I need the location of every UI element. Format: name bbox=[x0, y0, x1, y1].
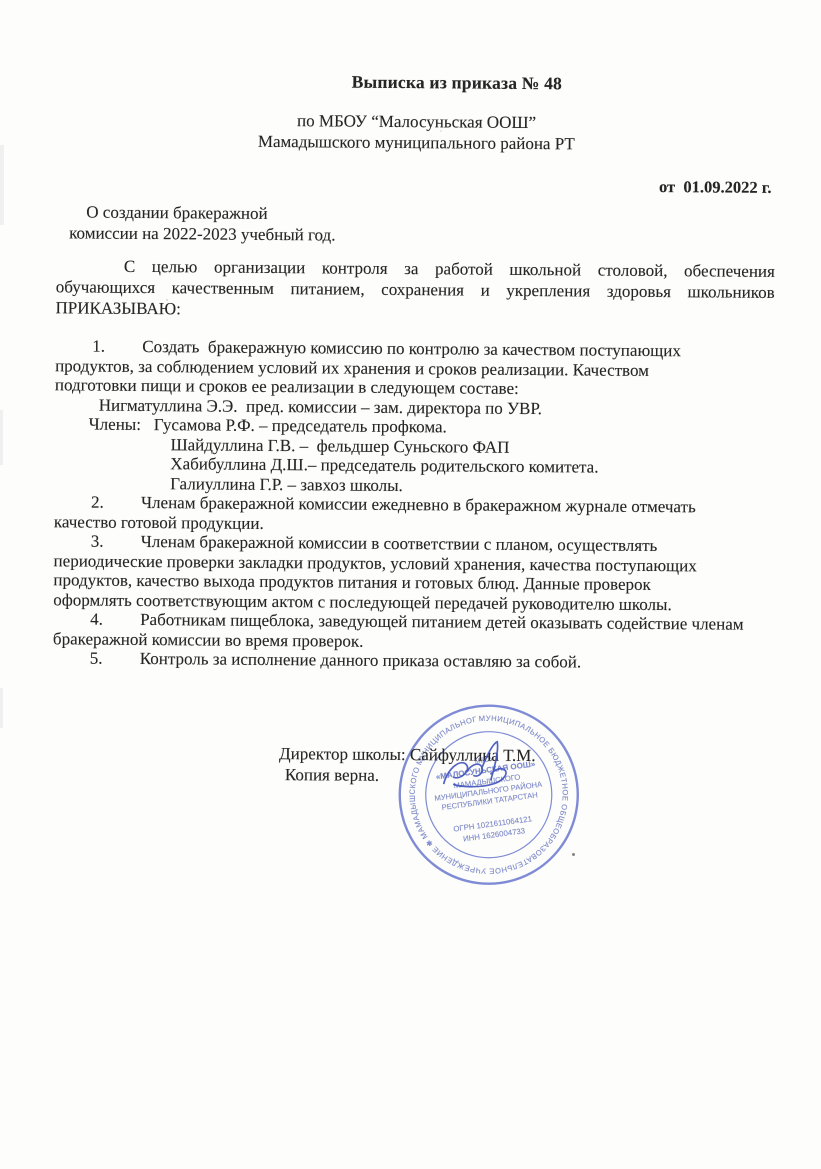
order-date: от 01.09.2022 г. bbox=[56, 172, 775, 198]
item-number: 3. bbox=[91, 532, 141, 552]
item-text: Членам бракеражной комиссии в соответств… bbox=[141, 532, 658, 555]
scan-speck bbox=[440, 130, 442, 132]
order-items: 1.Создать бракеражную комиссию по контро… bbox=[53, 336, 775, 673]
item-text: Контроль за исполнение данного приказа о… bbox=[140, 649, 581, 671]
signature-block: Директор школы: Сайфуллина Т.М. Копия ве… bbox=[52, 742, 771, 789]
scan-edge-smudge bbox=[0, 410, 3, 465]
scan-edge-smudge bbox=[0, 688, 3, 728]
scan-speck bbox=[572, 853, 575, 856]
page-title: Выписка из приказа № 48 bbox=[97, 70, 816, 97]
scan-speck bbox=[166, 299, 168, 301]
item-number: 2. bbox=[91, 493, 141, 513]
item-number: 1. bbox=[92, 337, 142, 357]
organization-block: по МБОУ “Малосуньская ООШ” Мамадышского … bbox=[57, 108, 776, 156]
order-item-2: 2.Членам бракеражной комиссии ежедневно … bbox=[54, 492, 773, 537]
order-item-1: 1.Создать бракеражную комиссию по контро… bbox=[55, 336, 774, 400]
commission-list: Нигматуллина Э.Э. пред. комиссии – зам. … bbox=[54, 395, 774, 498]
preamble: С целью организации контроля за работой … bbox=[55, 256, 774, 324]
subject-block: О создании бракеражной комиссии на 2022-… bbox=[56, 201, 775, 249]
scan-edge-smudge bbox=[0, 145, 4, 225]
handwritten-signature bbox=[434, 739, 534, 802]
organization-line-2: Мамадышского муниципального района РТ bbox=[57, 129, 776, 156]
document-content: Выписка из приказа № 48 по МБОУ “Малосун… bbox=[49, 0, 777, 1169]
order-item-3: 3.Членам бракеражной комиссии в соответс… bbox=[53, 531, 773, 615]
item-number: 4. bbox=[90, 610, 140, 630]
order-item-4: 4.Работникам пищеблока, заведующей питан… bbox=[53, 609, 772, 654]
copy-certified-line: Копия верна. bbox=[52, 763, 771, 789]
scanned-order-page: Выписка из приказа № 48 по МБОУ “Малосун… bbox=[0, 0, 821, 1169]
subject-line-2: комиссии на 2022-2023 учебный год. bbox=[56, 222, 775, 249]
item-number: 5. bbox=[90, 649, 140, 669]
